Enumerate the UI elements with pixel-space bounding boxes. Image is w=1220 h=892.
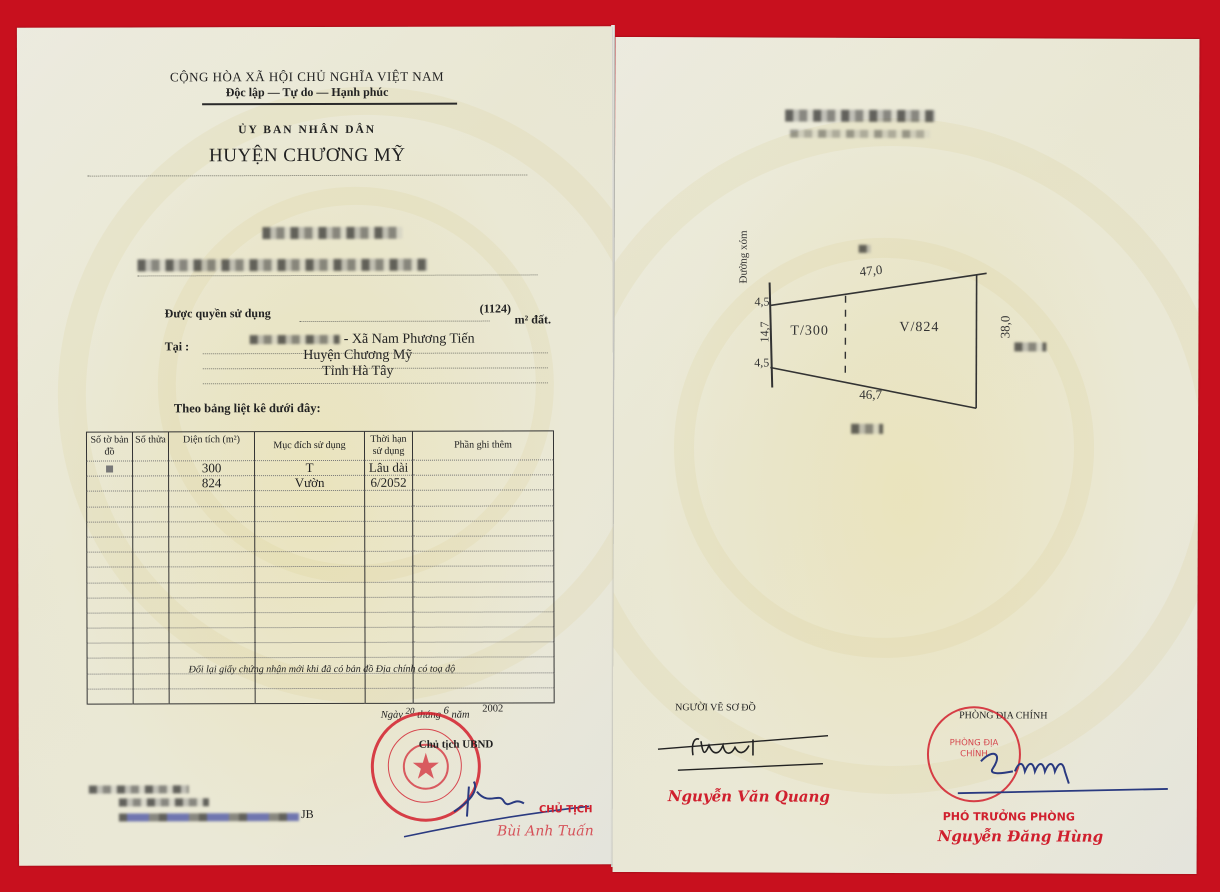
deputy-head-signature bbox=[953, 743, 1173, 799]
national-motto: Độc lập — Tự do — Hạnh phúc bbox=[117, 85, 497, 101]
cell-notes bbox=[413, 460, 554, 476]
table-row-empty bbox=[87, 581, 554, 597]
table-footnote: Đổi lại giấy chứng nhận mới khi đã có bả… bbox=[189, 664, 456, 676]
redacted-north-neighbor bbox=[859, 245, 871, 253]
location-province: Tỉnh Hà Tây bbox=[218, 364, 498, 381]
redacted-registry-3 bbox=[119, 813, 299, 821]
plot-diagram bbox=[714, 237, 1055, 448]
cell-map-sheet bbox=[87, 476, 133, 491]
table-row-empty bbox=[87, 642, 554, 658]
divider bbox=[87, 174, 527, 176]
redacted-registry-2 bbox=[119, 798, 209, 806]
cell-duration: 6/2052 bbox=[365, 475, 413, 490]
left-edge-length: 14,7 bbox=[757, 321, 772, 342]
area-unit: m² đất. bbox=[515, 312, 551, 327]
plot-garden-label: V/824 bbox=[899, 320, 939, 336]
country-header: CỘNG HÒA XÃ HỘI CHỦ NGHĨA VIỆT NAM bbox=[117, 69, 497, 86]
table-row-empty bbox=[87, 566, 554, 582]
location-commune: - Xã Nam Phương Tiến bbox=[344, 332, 475, 348]
table-header-row: Số tờ bản đồ Số thửa Diện tích (m²) Mục … bbox=[86, 431, 553, 461]
owner-dotline bbox=[138, 274, 538, 276]
table-row-empty bbox=[87, 505, 554, 521]
cell-purpose: Vườn bbox=[255, 476, 365, 491]
col-duration: Thời hạn sử dụng bbox=[364, 431, 412, 460]
redacted-owner-name bbox=[262, 227, 402, 239]
cell-area: 824 bbox=[169, 476, 255, 491]
drafter-signature bbox=[653, 727, 843, 778]
drafter-title: NGƯỜI VẼ SƠ ĐỒ bbox=[675, 702, 756, 713]
cell-purpose: T bbox=[255, 460, 365, 475]
cell-area: 300 bbox=[169, 461, 255, 476]
cell-plot-number bbox=[133, 476, 169, 491]
cell-duration: Lâu dài bbox=[365, 460, 413, 475]
table-row-empty bbox=[87, 627, 554, 643]
total-area: (1124) bbox=[480, 301, 511, 316]
drafter-name: Nguyễn Văn Quang bbox=[668, 787, 830, 806]
deputy-head-name: Nguyễn Đăng Hùng bbox=[938, 827, 1103, 846]
top-edge-length: 47,0 bbox=[859, 262, 883, 280]
left-top-offset: 4,5 bbox=[755, 294, 770, 309]
table-row-empty bbox=[87, 521, 554, 537]
location-dotline-3 bbox=[203, 382, 548, 384]
registry-suffix: JB bbox=[301, 807, 314, 822]
plot-residential-label: T/300 bbox=[790, 324, 829, 340]
certificate-left-page: CỘNG HÒA XÃ HỘI CHỦ NGHĨA VIỆT NAM Độc l… bbox=[17, 26, 614, 866]
table-row: 300 T Lâu dài bbox=[87, 460, 554, 476]
authority-line-1: ỦY BAN NHÂN DÂN bbox=[117, 124, 497, 137]
redacted-owner-details bbox=[138, 259, 428, 272]
col-area: Diện tích (m²) bbox=[168, 432, 254, 461]
table-intro: Theo bảng liệt kê dưới đây: bbox=[174, 401, 321, 416]
col-purpose: Mục đích sử dụng bbox=[254, 431, 364, 460]
table-row-empty bbox=[87, 536, 554, 552]
redacted-registry-1 bbox=[89, 785, 189, 793]
road-label: Đường xóm bbox=[738, 230, 750, 283]
area-dotline bbox=[300, 321, 490, 322]
cell-plot-number bbox=[133, 461, 169, 476]
certificate-right-page: Đường xóm 4,5 14,7 4,5 47,0 46,7 38,0 T/… bbox=[613, 37, 1200, 874]
table-row-empty bbox=[87, 551, 554, 567]
cell-notes bbox=[413, 475, 554, 491]
header-rule bbox=[202, 103, 457, 106]
col-plot-number: Số thửa bbox=[132, 432, 168, 461]
location-district: Huyện Chương Mỹ bbox=[218, 348, 498, 365]
right-edge-length: 38,0 bbox=[997, 316, 1013, 339]
left-bottom-offset: 4,5 bbox=[754, 355, 769, 370]
col-map-sheet: Số tờ bản đồ bbox=[86, 432, 132, 461]
deputy-head-position: PHÓ TRƯỞNG PHÒNG bbox=[943, 810, 1075, 823]
redacted-plot-subheading bbox=[790, 130, 930, 138]
land-use-label: Được quyền sử dụng bbox=[165, 306, 271, 321]
chairman-stamp-title: CHỦ TỊCH bbox=[539, 804, 593, 815]
table-row-empty bbox=[87, 612, 554, 628]
watermark-emblem bbox=[613, 117, 1200, 795]
location-label: Tại : bbox=[165, 339, 189, 354]
col-notes: Phần ghi thêm bbox=[412, 431, 553, 460]
table-row: 824 Vườn 6/2052 bbox=[87, 475, 554, 491]
cell-map-sheet bbox=[87, 461, 133, 476]
redacted-plot-heading bbox=[785, 110, 935, 123]
redacted-hamlet bbox=[250, 335, 340, 344]
table-row-empty bbox=[87, 490, 554, 506]
table-row-empty bbox=[87, 597, 554, 613]
bottom-edge-length: 46,7 bbox=[859, 387, 882, 403]
table-row-empty bbox=[87, 688, 554, 704]
year-value: 2002 bbox=[482, 704, 503, 715]
authority-line-2: HUYỆN CHƯƠNG MỸ bbox=[117, 145, 497, 168]
redacted-south-neighbor bbox=[851, 424, 883, 434]
signer-title: Chủ tịch UBND bbox=[419, 739, 494, 751]
chairman-name-stamp: Bùi Anh Tuấn bbox=[497, 823, 594, 839]
redacted-east-neighbor bbox=[1014, 342, 1046, 351]
